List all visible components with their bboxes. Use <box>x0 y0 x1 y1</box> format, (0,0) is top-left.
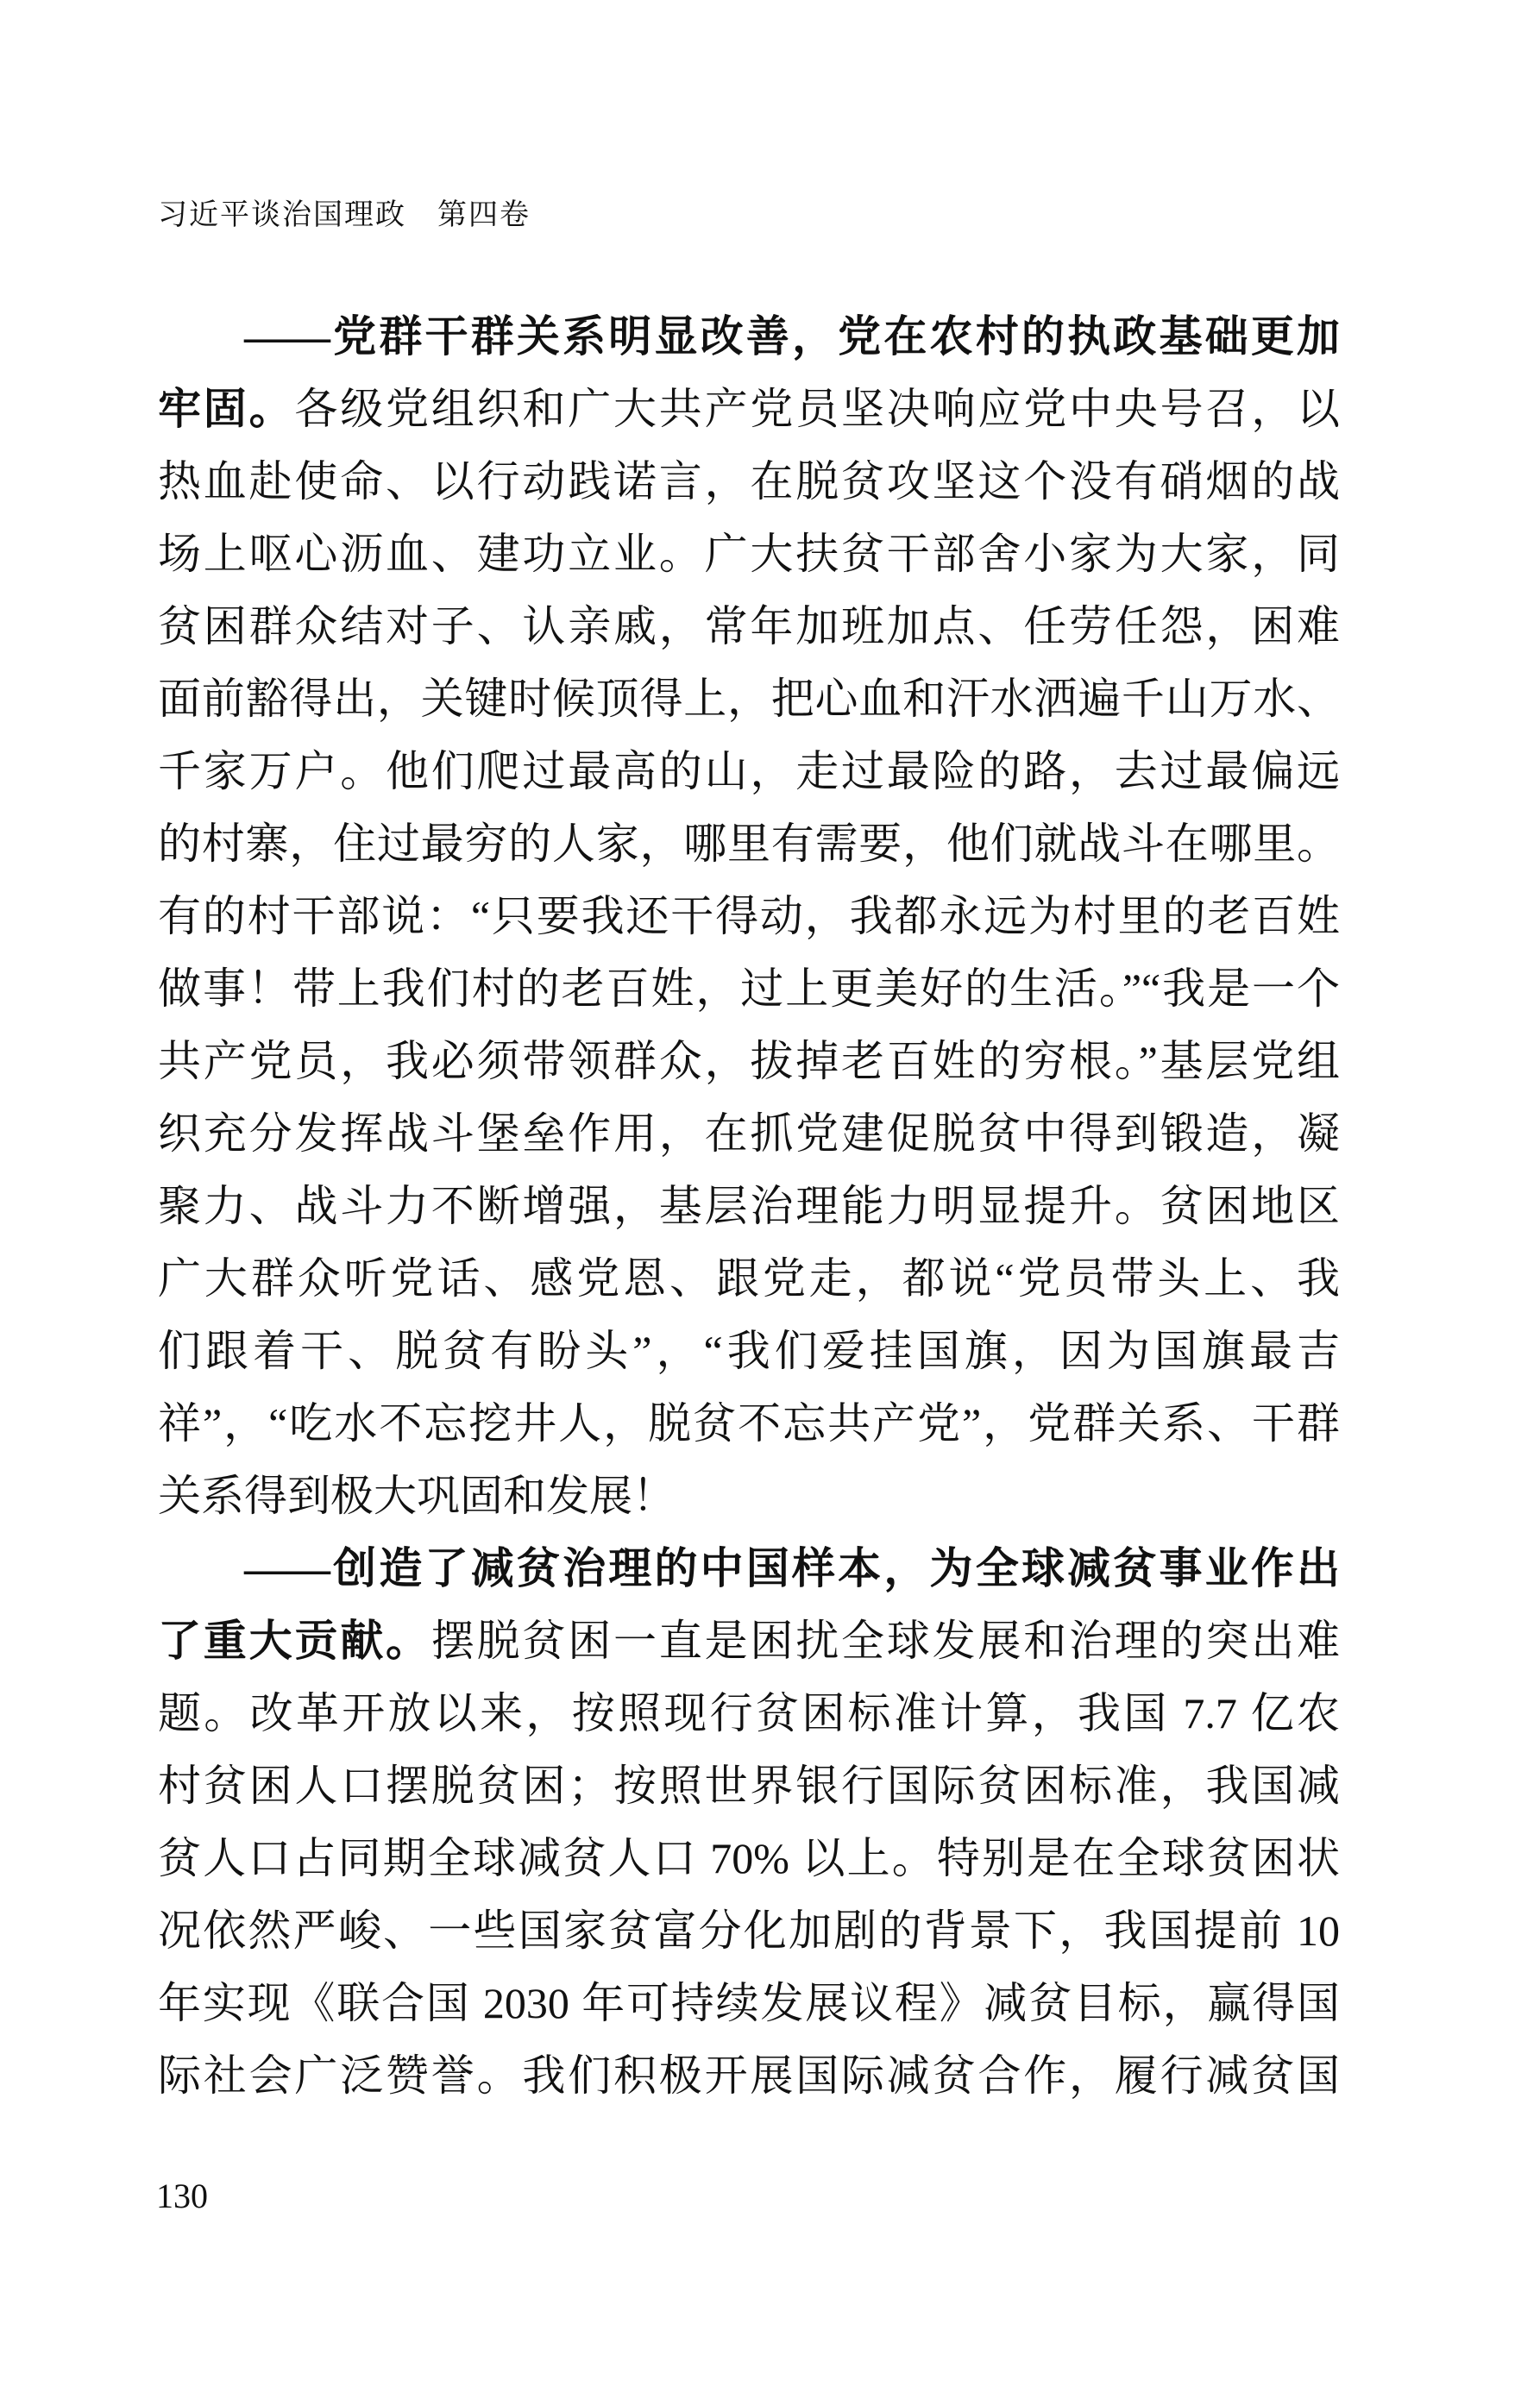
running-head: 习近平谈治国理政 第四卷 <box>158 191 531 233</box>
text-segment: 关系得到极大巩固和发展！ <box>158 1472 676 1520</box>
text-segment: 场上呕心沥血、建功立业。广大扶贫干部舍小家为大家，同 <box>158 530 1340 578</box>
text-segment: 摆脱贫困一直是困扰全球发展和治理的突出难 <box>431 1617 1340 1665</box>
text-segment: 织充分发挥战斗堡垒作用，在抓党建促脱贫中得到锻造，凝 <box>158 1109 1340 1158</box>
text-line: 有的村干部说：“只要我还干得动，我都永远为村里的老百姓 <box>158 880 1340 952</box>
text-line: 织充分发挥战斗堡垒作用，在抓党建促脱贫中得到锻造，凝 <box>158 1097 1340 1170</box>
text-segment: 的村寨，住过最穷的人家，哪里有需要，他们就战斗在哪里。 <box>158 820 1340 868</box>
text-segment: 贫人口占同期全球减贫人口 70% 以上。特别是在全球贫困状 <box>158 1834 1340 1882</box>
text-line: 的村寨，住过最穷的人家，哪里有需要，他们就战斗在哪里。 <box>158 807 1340 880</box>
text-segment: 共产党员，我必须带领群众，拔掉老百姓的穷根。”基层党组 <box>158 1037 1340 1085</box>
text-segment: 年实现《联合国 2030 年可持续发展议程》减贫目标，赢得国 <box>158 1979 1340 2027</box>
text-segment: 聚力、战斗力不断增强，基层治理能力明显提升。贫困地区 <box>158 1182 1340 1230</box>
text-line: ——党群干群关系明显改善，党在农村的执政基础更加 <box>158 300 1340 373</box>
text-segment: 祥”，“吃水不忘挖井人，脱贫不忘共产党”，党群关系、干群 <box>158 1399 1340 1448</box>
text-segment: 广大群众听党话、感党恩、跟党走，都说“党员带头上、我 <box>158 1254 1340 1303</box>
text-line: 面前豁得出，关键时候顶得上，把心血和汗水洒遍千山万水、 <box>158 663 1340 735</box>
text-line: 做事！带上我们村的老百姓，过上更美好的生活。”“我是一个 <box>158 952 1340 1025</box>
page-number: 130 <box>156 2176 208 2216</box>
text-line: 广大群众听党话、感党恩、跟党走，都说“党员带头上、我 <box>158 1242 1340 1315</box>
text-segment: 热血赴使命、以行动践诺言，在脱贫攻坚这个没有硝烟的战 <box>158 457 1340 506</box>
text-line: 祥”，“吃水不忘挖井人，脱贫不忘共产党”，党群关系、干群 <box>158 1387 1340 1460</box>
text-segment: 面前豁得出，关键时候顶得上，把心血和汗水洒遍千山万水、 <box>158 675 1340 723</box>
text-segment: 题。改革开放以来，按照现行贫困标准计算，我国 7.7 亿农 <box>158 1689 1340 1737</box>
body-text: ——党群干群关系明显改善，党在农村的执政基础更加牢固。各级党组织和广大共产党员坚… <box>158 300 1340 2112</box>
text-line: 村贫困人口摆脱贫困；按照世界银行国际贫困标准，我国减 <box>158 1749 1340 1822</box>
text-segment: 村贫困人口摆脱贫困；按照世界银行国际贫困标准，我国减 <box>158 1762 1340 1810</box>
text-line: 场上呕心沥血、建功立业。广大扶贫干部舍小家为大家，同 <box>158 518 1340 590</box>
text-segment: 际社会广泛赞誉。我们积极开展国际减贫合作，履行减贫国 <box>158 2051 1340 2100</box>
text-line: 千家万户。他们爬过最高的山，走过最险的路，去过最偏远 <box>158 735 1340 807</box>
text-line: 牢固。各级党组织和广大共产党员坚决响应党中央号召，以 <box>158 373 1340 445</box>
text-segment: 各级党组织和广大共产党员坚决响应党中央号召，以 <box>294 385 1340 433</box>
bold-text-segment: ——党群干群关系明显改善，党在农村的执政基础更加 <box>244 312 1340 361</box>
text-line: 贫困群众结对子、认亲戚，常年加班加点、任劳任怨，困难 <box>158 590 1340 663</box>
text-segment: 贫困群众结对子、认亲戚，常年加班加点、任劳任怨，困难 <box>158 602 1340 650</box>
text-line: 际社会广泛赞誉。我们积极开展国际减贫合作，履行减贫国 <box>158 2039 1340 2112</box>
text-segment: 况依然严峻、一些国家贫富分化加剧的背景下，我国提前 10 <box>158 1906 1340 1955</box>
text-segment: 有的村干部说：“只要我还干得动，我都永远为村里的老百姓 <box>158 892 1340 940</box>
text-line: 共产党员，我必须带领群众，拔掉老百姓的穷根。”基层党组 <box>158 1025 1340 1097</box>
text-line: 况依然严峻、一些国家贫富分化加剧的背景下，我国提前 10 <box>158 1894 1340 1967</box>
text-line: 年实现《联合国 2030 年可持续发展议程》减贫目标，赢得国 <box>158 1967 1340 2039</box>
text-line: 关系得到极大巩固和发展！ <box>158 1460 1340 1532</box>
bold-text-segment: ——创造了减贫治理的中国样本，为全球减贫事业作出 <box>244 1544 1340 1592</box>
text-line: ——创造了减贫治理的中国样本，为全球减贫事业作出 <box>158 1532 1340 1605</box>
text-segment: 千家万户。他们爬过最高的山，走过最险的路，去过最偏远 <box>158 747 1340 795</box>
text-segment: 们跟着干、脱贫有盼头”，“我们爱挂国旗，因为国旗最吉 <box>158 1327 1340 1375</box>
text-segment: 做事！带上我们村的老百姓，过上更美好的生活。”“我是一个 <box>158 964 1340 1013</box>
text-line: 贫人口占同期全球减贫人口 70% 以上。特别是在全球贫困状 <box>158 1822 1340 1894</box>
text-line: 们跟着干、脱贫有盼头”，“我们爱挂国旗，因为国旗最吉 <box>158 1315 1340 1387</box>
text-line: 聚力、战斗力不断增强，基层治理能力明显提升。贫困地区 <box>158 1170 1340 1242</box>
text-line: 题。改革开放以来，按照现行贫困标准计算，我国 7.7 亿农 <box>158 1677 1340 1749</box>
book-page: 习近平谈治国理政 第四卷 ——党群干群关系明显改善，党在农村的执政基础更加牢固。… <box>0 0 1540 2387</box>
bold-text-segment: 牢固。 <box>158 385 294 433</box>
text-line: 热血赴使命、以行动践诺言，在脱贫攻坚这个没有硝烟的战 <box>158 445 1340 518</box>
bold-text-segment: 了重大贡献。 <box>158 1617 431 1665</box>
text-line: 了重大贡献。摆脱贫困一直是困扰全球发展和治理的突出难 <box>158 1605 1340 1677</box>
